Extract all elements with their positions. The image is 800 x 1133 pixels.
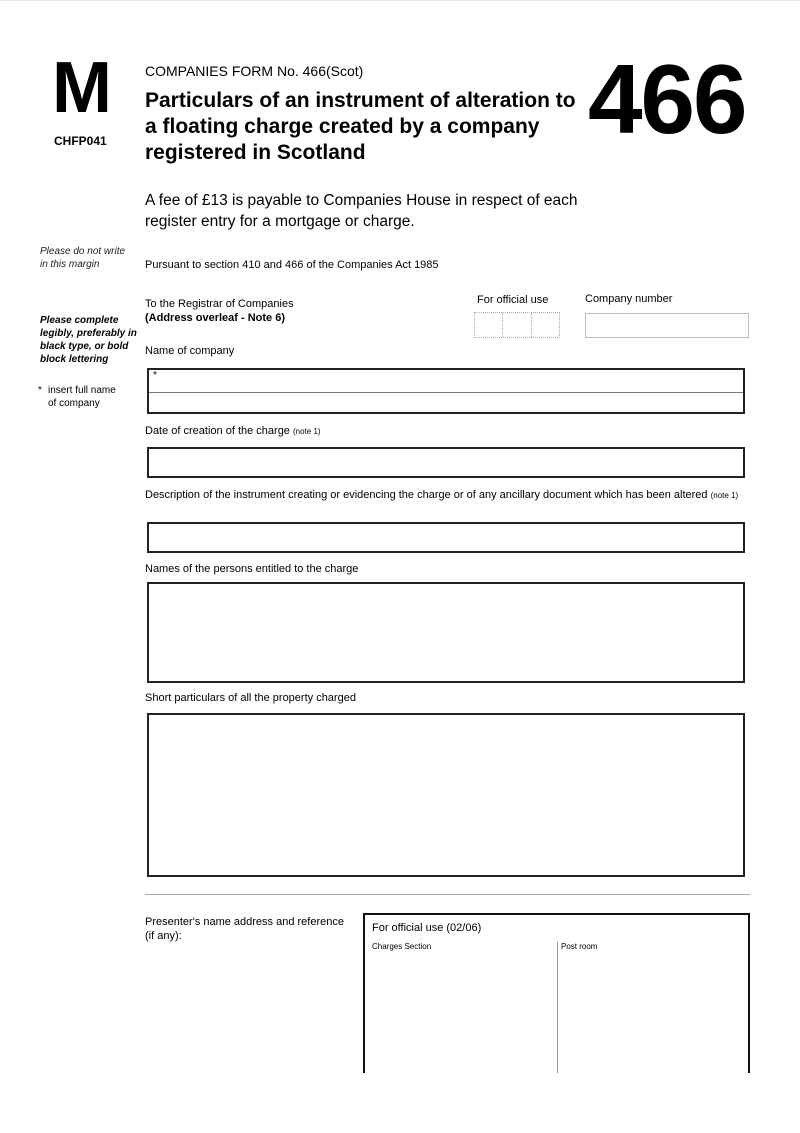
presenter-label: Presenter's name address and reference (… bbox=[145, 915, 345, 943]
company-name-field[interactable]: * bbox=[147, 368, 745, 414]
date-of-creation-label: Date of creation of the charge (note 1) bbox=[145, 424, 745, 439]
charges-section-label: Charges Section bbox=[372, 942, 431, 951]
margin-note-do-not-write: Please do not write in this margin bbox=[40, 245, 130, 271]
form-big-number: 466 bbox=[588, 50, 746, 148]
form-letter: M bbox=[52, 52, 111, 124]
form-number-label: COMPANIES FORM No. 466(Scot) bbox=[145, 63, 363, 79]
persons-entitled-label: Names of the persons entitled to the cha… bbox=[145, 562, 745, 576]
official-use-title: For official use (02/06) bbox=[372, 922, 481, 934]
official-use-label: For official use bbox=[477, 294, 548, 306]
registrar-line2: (Address overleaf - Note 6) bbox=[145, 312, 285, 324]
note-reference: (note 1) bbox=[711, 491, 739, 500]
asterisk-marker: * bbox=[153, 370, 157, 381]
post-room-label: Post room bbox=[561, 942, 597, 951]
company-name-line2[interactable] bbox=[149, 393, 743, 415]
asterisk-marker: * bbox=[38, 384, 48, 397]
margin-note-complete-legibly: Please complete legibly, preferably in b… bbox=[40, 314, 140, 366]
insert-note-line1: insert full name bbox=[48, 385, 116, 396]
official-use-box-3 bbox=[532, 313, 559, 337]
insert-note-line2: of company bbox=[38, 398, 100, 409]
official-use-column-divider bbox=[557, 942, 558, 1073]
property-charged-label: Short particulars of all the property ch… bbox=[145, 691, 745, 705]
pursuant-statement: Pursuant to section 410 and 466 of the C… bbox=[145, 259, 439, 271]
company-number-label: Company number bbox=[585, 293, 672, 305]
company-name-line1[interactable]: * bbox=[149, 370, 743, 393]
registrar-address: To the Registrar of Companies (Address o… bbox=[145, 297, 294, 325]
official-use-box-2 bbox=[503, 313, 531, 337]
page-top-border bbox=[0, 0, 800, 1]
date-of-creation-field[interactable] bbox=[147, 447, 745, 478]
description-label: Description of the instrument creating o… bbox=[145, 488, 745, 503]
registrar-line1: To the Registrar of Companies bbox=[145, 297, 294, 311]
margin-note-insert-name: *insert full name of company bbox=[38, 384, 138, 410]
section-divider bbox=[145, 894, 750, 895]
fee-notice: A fee of £13 is payable to Companies Hou… bbox=[145, 190, 605, 232]
persons-entitled-field[interactable] bbox=[147, 582, 745, 683]
company-name-label: Name of company bbox=[145, 344, 745, 358]
official-use-boxes bbox=[474, 312, 560, 338]
form-code: CHFP041 bbox=[54, 134, 107, 148]
property-charged-field[interactable] bbox=[147, 713, 745, 877]
description-field[interactable] bbox=[147, 522, 745, 553]
page-title: Particulars of an instrument of alterati… bbox=[145, 88, 585, 166]
note-reference: (note 1) bbox=[293, 427, 321, 436]
official-use-box-1 bbox=[475, 313, 503, 337]
company-number-field[interactable] bbox=[585, 313, 749, 338]
